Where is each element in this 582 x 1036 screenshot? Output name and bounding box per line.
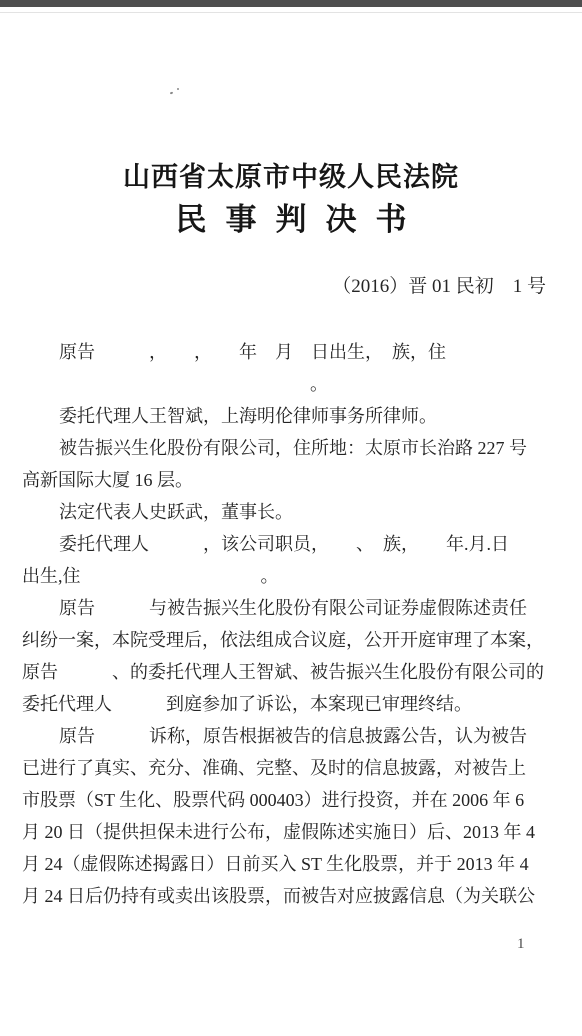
scan-speck [170,92,174,95]
text-line: 纠纷一案，本院受理后，依法组成合议庭，公开开庭审理了本案， [22,624,562,656]
text-line: 法定代表人史跃武，董事长。 [22,496,562,528]
text-line: 委托代理人 到庭参加了诉讼，本案现已审理终结。 [22,688,562,720]
text-line: 原告 、的委托代理人王智斌、被告振兴生化股份有限公司的 [22,656,562,688]
scanner-edge-line [0,12,582,13]
scan-speck [177,88,179,90]
judgment-page: 山西省太原市中级人民法院 民事判决书 （2016）晋 01 民初 1 号 原告 … [0,0,582,1036]
text-line: 已进行了真实、充分、准确、完整、及时的信息披露，对被告上 [22,752,562,784]
text-line: 月 20 日（提供担保未进行公布，虚假陈述实施日）后、2013 年 4 [22,816,562,848]
text-line: 出生,住 。 [22,560,562,592]
text-line: 原告 诉称，原告根据被告的信息披露公告，认为被告 [22,720,562,752]
judgment-body: 原告 ， ， 年 月 日出生， 族，住 。委托代理人王智斌，上海明伦律师事务所律… [22,336,562,912]
text-line: 市股票（ST 生化、股票代码 000403）进行投资，并在 2006 年 6 [22,784,562,816]
text-line: 。 [22,368,562,400]
text-line: 月 24（虚假陈述揭露日）日前买入 ST 生化股票，并于 2013 年 4 [22,848,562,880]
document-title: 民事判决书 [0,194,582,239]
text-line: 原告 与被告振兴生化股份有限公司证券虚假陈述责任 [22,592,562,624]
text-line: 原告 ， ， 年 月 日出生， 族，住 [22,336,562,368]
text-line: 月 24 日后仍持有或卖出该股票，而被告对应披露信息（为关联公 [22,880,562,912]
page-number: 1 [517,936,525,953]
scanner-edge-bar [0,0,582,7]
text-line: 被告振兴生化股份有限公司，住所地：太原市长治路 227 号 [22,432,562,464]
text-line: 委托代理人 ，该公司职员， 、 族， 年.月.日 [22,528,562,560]
court-name: 山西省太原市中级人民法院 [0,155,582,194]
text-line: 委托代理人王智斌，上海明伦律师事务所律师。 [22,400,562,432]
text-line: 高新国际大厦 16 层。 [22,464,562,496]
case-number: （2016）晋 01 民初 1 号 [332,271,546,298]
